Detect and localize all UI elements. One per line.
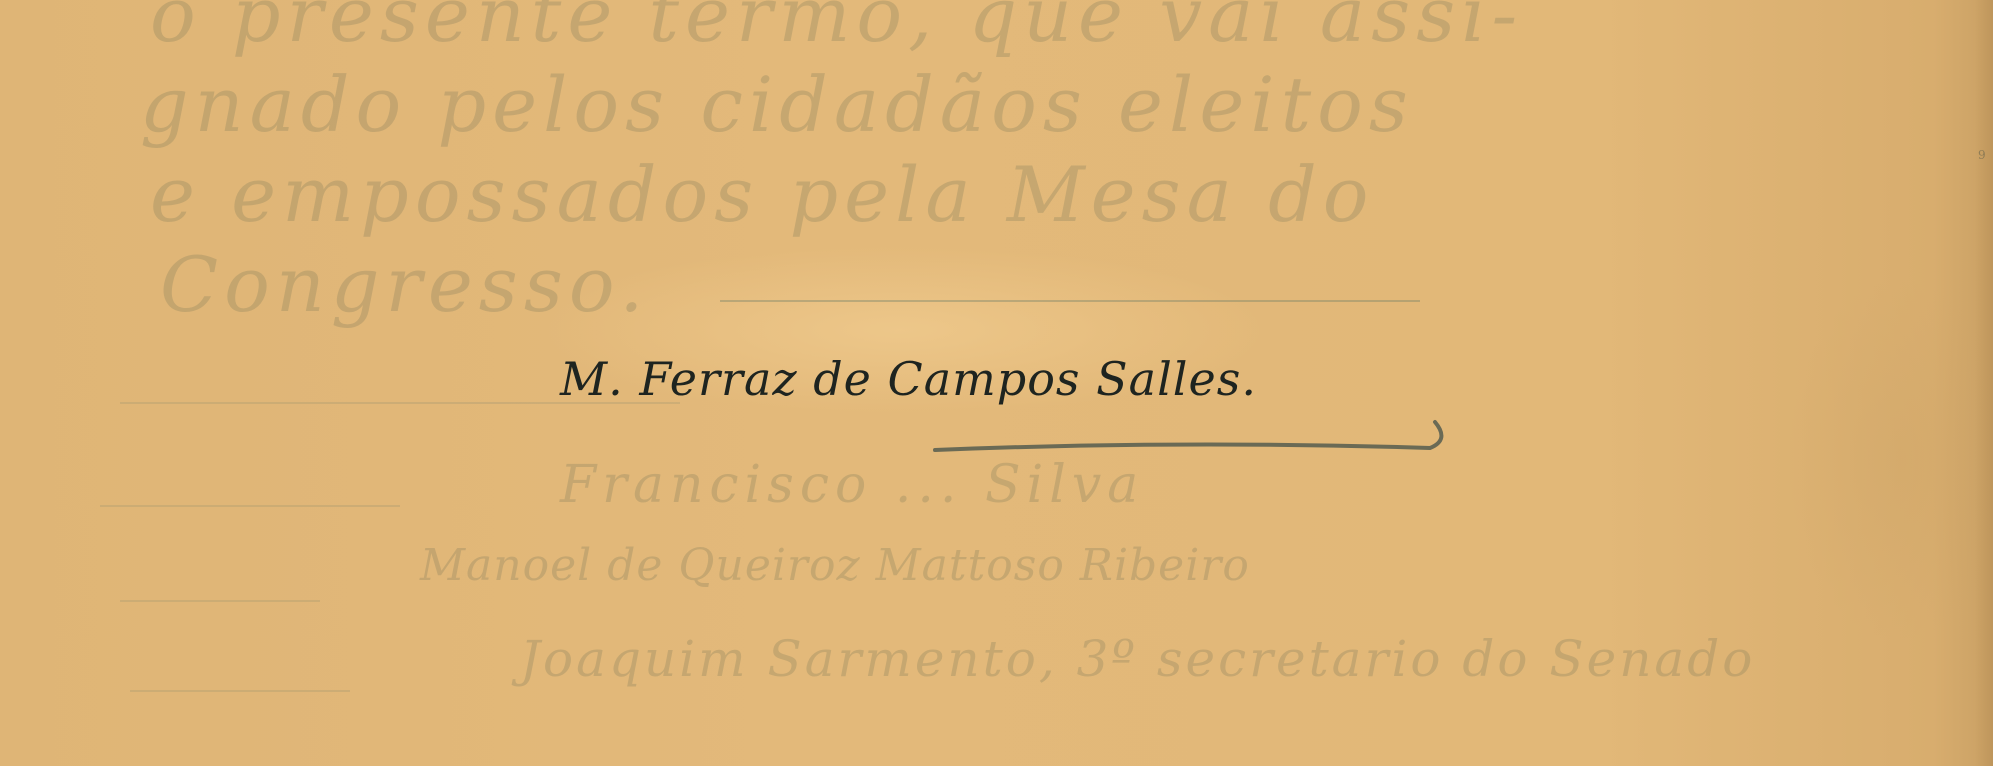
page-edge-shadow (1975, 0, 1993, 766)
page-number: 9 (1978, 148, 1986, 162)
signature-underline-flourish (930, 410, 1450, 460)
faint-text-line-3: e empossados pela Mesa do (150, 150, 1375, 239)
faint-text-line-1: o presente termo, que vai assi- (150, 0, 1523, 59)
ruled-line (100, 505, 400, 507)
ruled-line (120, 600, 320, 602)
ruled-line (130, 690, 350, 692)
ruled-line (720, 300, 1420, 302)
faint-signature-joaquim: Joaquim Sarmento, 3º secretario do Senad… (520, 630, 1755, 688)
faint-signature-francisco: Francisco ... Silva (560, 455, 1144, 515)
faint-text-line-2: gnado pelos cidadãos eleitos (140, 60, 1414, 149)
signature-campos-salles: M. Ferraz de Campos Salles. (560, 352, 1257, 406)
faint-text-line-4: Congresso. (160, 240, 649, 329)
document-page: o presente termo, que vai assi- gnado pe… (0, 0, 1993, 766)
faint-signature-manoel: Manoel de Queiroz Mattoso Ribeiro (420, 540, 1250, 591)
